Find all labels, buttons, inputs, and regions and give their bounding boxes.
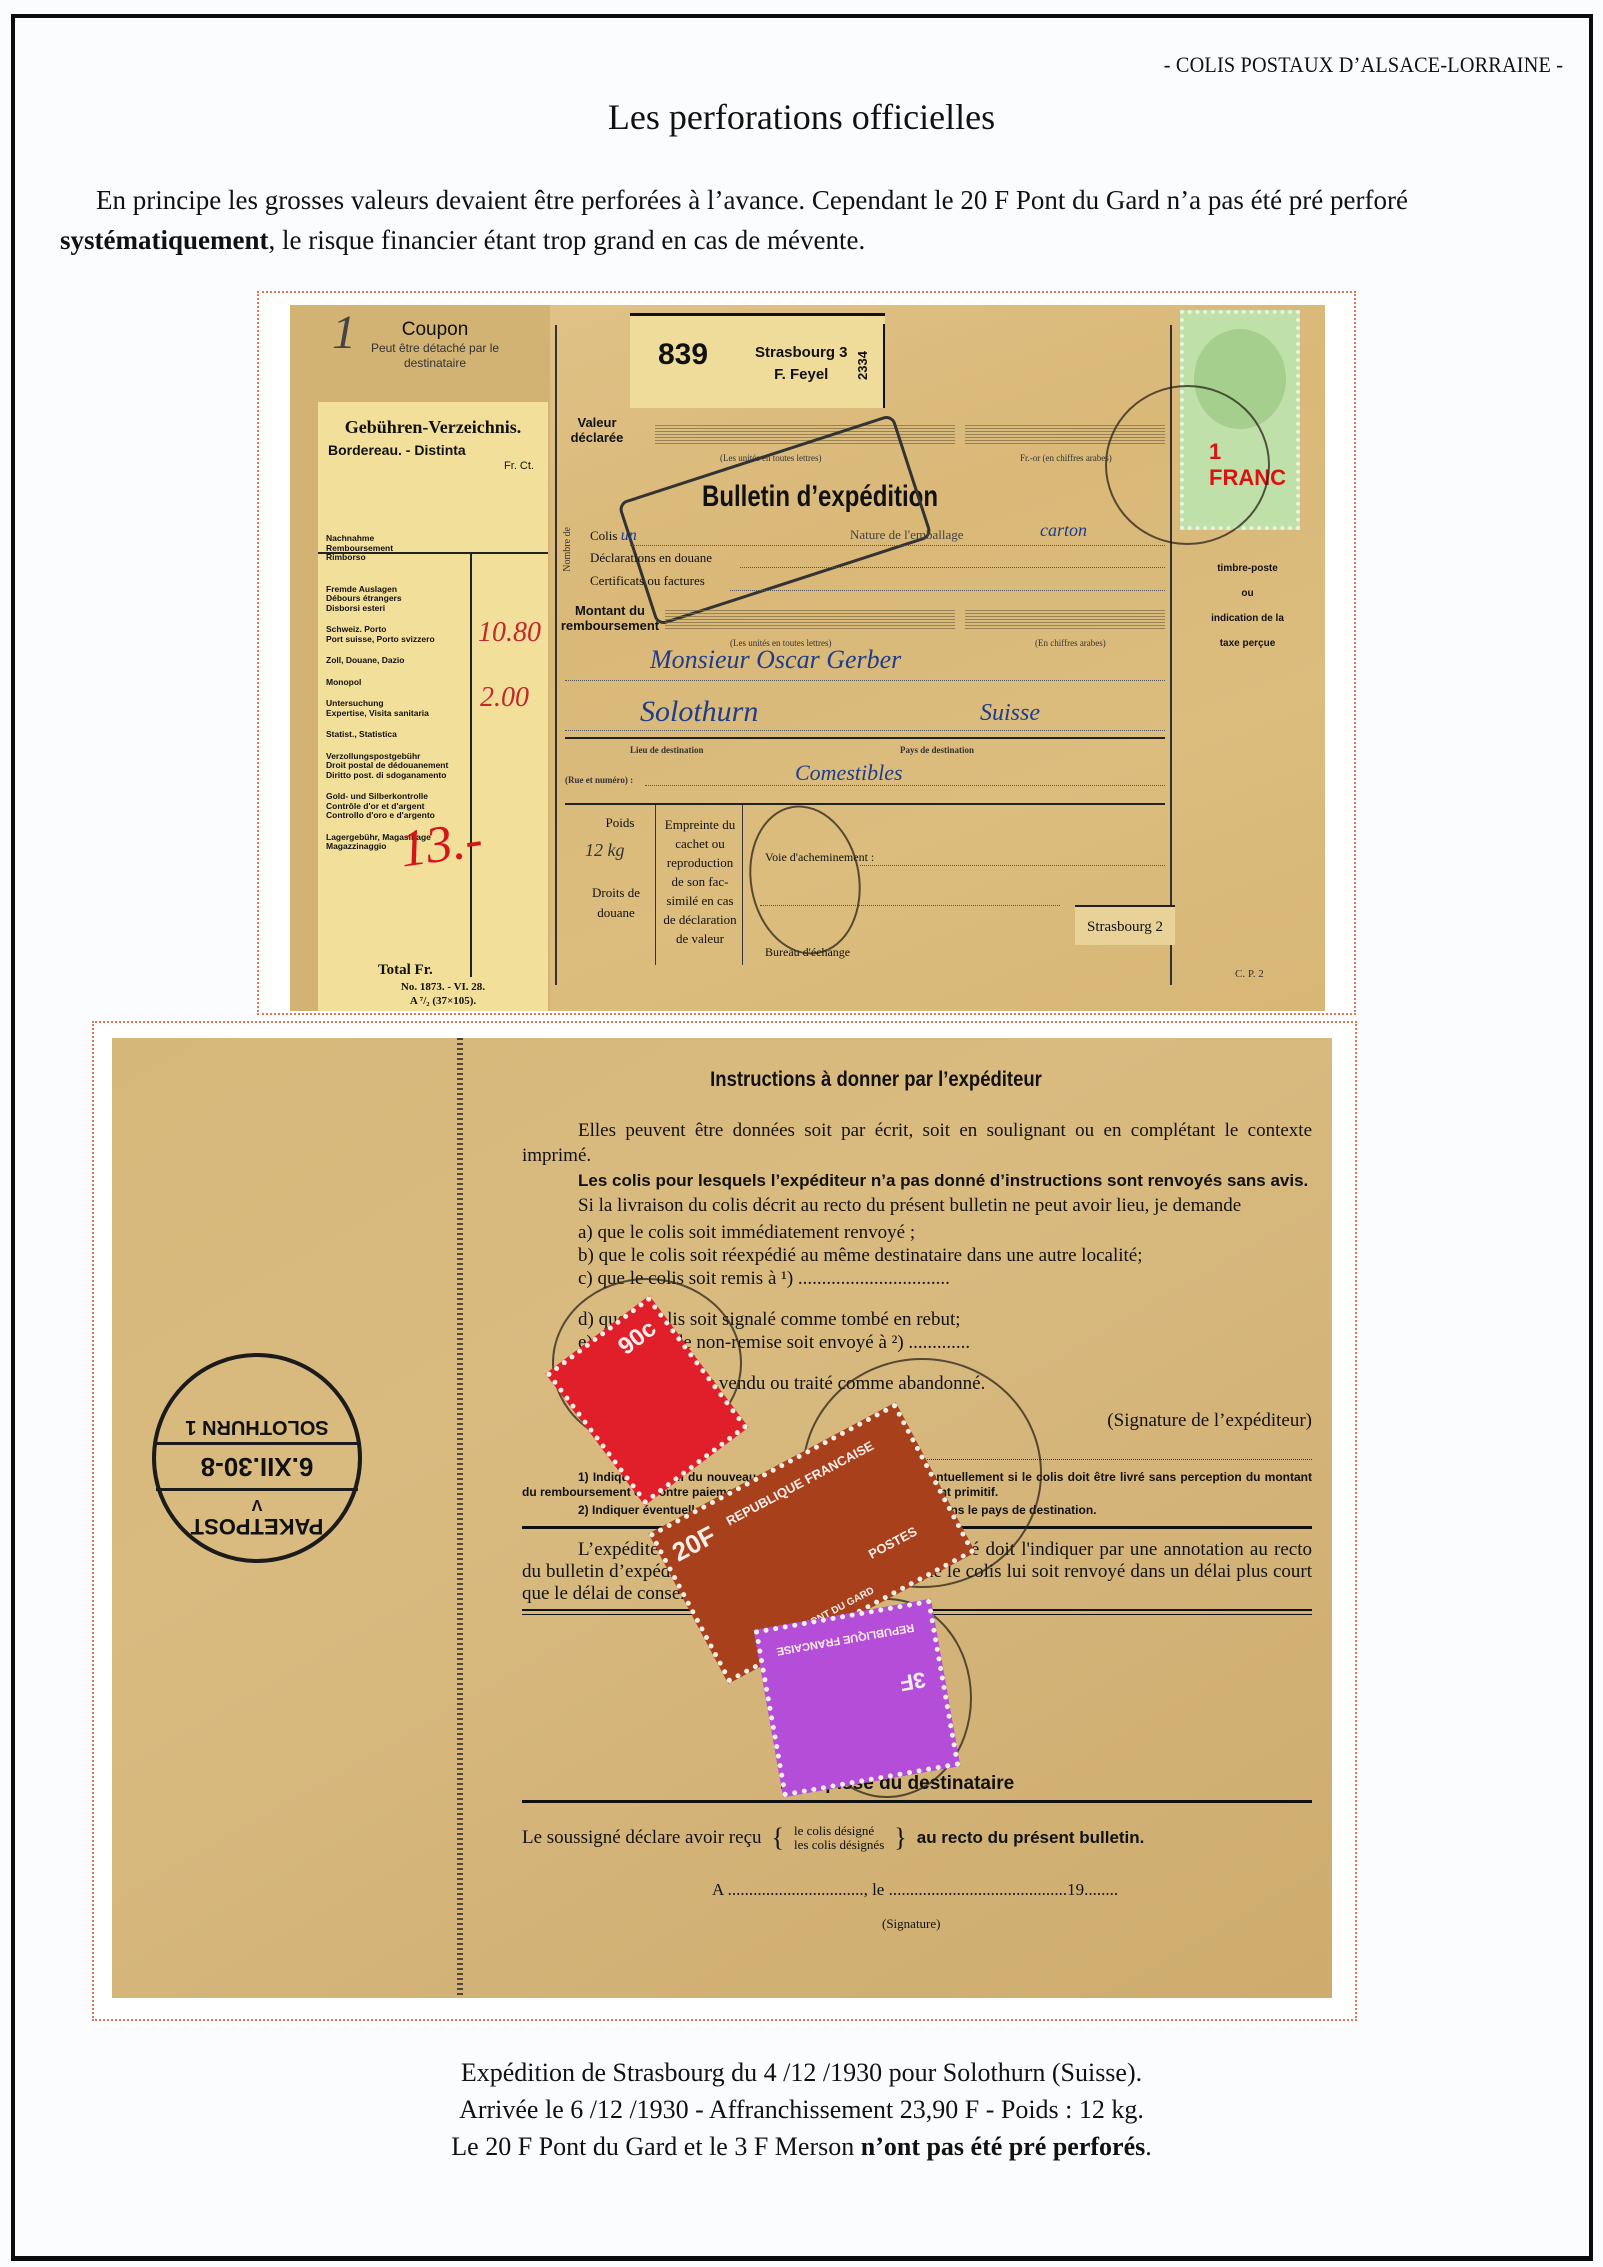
- postmark-cathedrale: [1105, 385, 1270, 545]
- perforation-line: [457, 1038, 463, 1998]
- fee-row: Schweiz. PortoPort suisse, Porto svizzer…: [318, 625, 458, 644]
- poids-value: 12 kg: [585, 840, 625, 861]
- intro-emphasis: systématiquement: [60, 225, 268, 255]
- colis-line: Colis un: [590, 527, 637, 545]
- instruction-option: b) que le colis soit réexpédié au même d…: [522, 1243, 1312, 1266]
- fee-row: Fremde AuslagenDébours étrangersDisborsi…: [318, 585, 458, 614]
- coupon-subtitle: Peut être détaché par le destinataire: [350, 341, 520, 371]
- fr-or-chiffres: Fr.-or (en chiffres arabes): [1020, 453, 1112, 463]
- page-title: Les perforations officielles: [0, 96, 1603, 138]
- instruction-option: a) que le colis soit immédiatement renvo…: [522, 1220, 1312, 1243]
- nature-emballage: Nature de l'emballage: [850, 527, 964, 543]
- form-divider-left: [555, 325, 557, 985]
- office-label: 839 Strasbourg 3 F. Feyel 2334: [630, 313, 885, 408]
- fees-schedule: Gebühren-Verzeichnis. Bordereau. - Disti…: [318, 402, 548, 1011]
- fee-row: Zoll, Douane, Dazio: [318, 656, 458, 666]
- rue-value: Comestibles: [795, 760, 903, 786]
- fees-title: Gebühren-Verzeichnis.: [318, 417, 548, 438]
- caption: Expédition de Strasbourg du 4 /12 /1930 …: [0, 2054, 1603, 2165]
- right-column-text: timbre-posteouindication de lataxe perçu…: [1170, 563, 1325, 663]
- bulletin-verso: PAKETPOST V 6.XII.30-8 SOLOTHURN 1 Instr…: [112, 1038, 1332, 1998]
- place-date-line: A ................................, le .…: [712, 1880, 1118, 1900]
- fee-amount-expertise: 2.00: [480, 682, 529, 714]
- bulletin-recto: 1 Coupon Peut être détaché par le destin…: [290, 305, 1325, 1011]
- fee-row: Statist., Statistica: [318, 730, 458, 740]
- verso-title: Instructions à donner par l’expéditeur: [185, 1068, 1259, 1092]
- signature-label: (Signature): [882, 1916, 940, 1932]
- label-number: 839: [658, 338, 708, 372]
- label-side-code: 2334: [855, 324, 885, 408]
- declarations-line: Déclarations en douane: [590, 550, 712, 566]
- caption-line-1: Expédition de Strasbourg du 4 /12 /1930 …: [0, 2054, 1603, 2091]
- destination: Solothurn: [640, 695, 758, 729]
- instructions-para-3: Si la livraison du colis décrit au recto…: [522, 1193, 1312, 1218]
- fees-total-handwritten: 13.-: [396, 810, 486, 880]
- caption-line-2: Arrivée le 6 /12 /1930 - Affranchissemen…: [0, 2091, 1603, 2128]
- valeur-declaree-label: Valeur déclarée: [562, 415, 632, 445]
- solothurn-paketpost-postmark: PAKETPOST V 6.XII.30-8 SOLOTHURN 1: [152, 1353, 362, 1563]
- stamp-merson-3f: 3F REPUBLIQUE FRANCAISE: [754, 1599, 961, 1798]
- fee-row: VerzollungspostgebührDroit postal de déd…: [318, 752, 458, 781]
- empreinte-label: Empreinte du cachet ou reproduction de s…: [660, 815, 740, 948]
- caption-line-3: Le 20 F Pont du Gard et le 3 F Merson n’…: [0, 2128, 1603, 2165]
- fees-total-label: Total Fr.: [378, 962, 433, 979]
- poids-label: Poids: [590, 815, 650, 831]
- exchange-office: Strasbourg 2: [1075, 905, 1175, 945]
- certificats-line: Certificats ou factures: [590, 573, 705, 589]
- label-office: Strasbourg 3 F. Feyel: [755, 342, 848, 386]
- fee-amount-douane: 10.80: [478, 617, 541, 649]
- droits-douane-label: Droits de douane: [580, 883, 652, 923]
- emballage-value: carton: [1040, 520, 1087, 541]
- series-label: - COLIS POSTAUX D’ALSACE-LORRAINE -: [1164, 52, 1563, 78]
- postmark-gare: [738, 797, 872, 964]
- fee-row: Monopol: [318, 678, 458, 688]
- fees-subtitle: Bordereau. - Distinta: [328, 442, 548, 458]
- fees-footer: No. 1873. - VI. 28. A ⁷/₂ (37×105).: [358, 980, 528, 1008]
- pays-destination-label: Pays de destination: [900, 745, 974, 755]
- montant-remboursement-label: Montant du remboursement: [560, 603, 660, 633]
- rue-numero-label: (Rue et numéro) :: [565, 775, 633, 785]
- fee-row: NachnahmeRemboursementRimborso: [318, 534, 458, 563]
- nombre-de-label: Nombre de: [562, 527, 573, 572]
- instructions-para-1: Elles peuvent être données soit par écri…: [522, 1118, 1312, 1168]
- lieu-destination-label: Lieu de destination: [630, 745, 704, 755]
- instructions-para-2: Les colis pour lesquels l’expéditeur n’a…: [522, 1168, 1312, 1193]
- addressee: Monsieur Oscar Gerber: [650, 645, 901, 675]
- form-code: C. P. 2: [1235, 968, 1264, 980]
- basel-box-cancel: [617, 413, 933, 626]
- coupon-title: Coupon: [350, 319, 520, 341]
- coupon-header: Coupon Peut être détaché par le destinat…: [350, 319, 520, 371]
- fee-row: UntersuchungExpertise, Visita sanitaria: [318, 699, 458, 718]
- recepisse-title: Récépissé du destinataire: [112, 1773, 1332, 1795]
- country: Suisse: [980, 700, 1040, 727]
- intro-paragraph: En principe les grosses valeurs devaient…: [60, 180, 1563, 260]
- fees-columns: Fr. Ct.: [318, 460, 548, 472]
- receipt-line: Le soussigné déclare avoir reçu { le col…: [522, 1823, 1312, 1853]
